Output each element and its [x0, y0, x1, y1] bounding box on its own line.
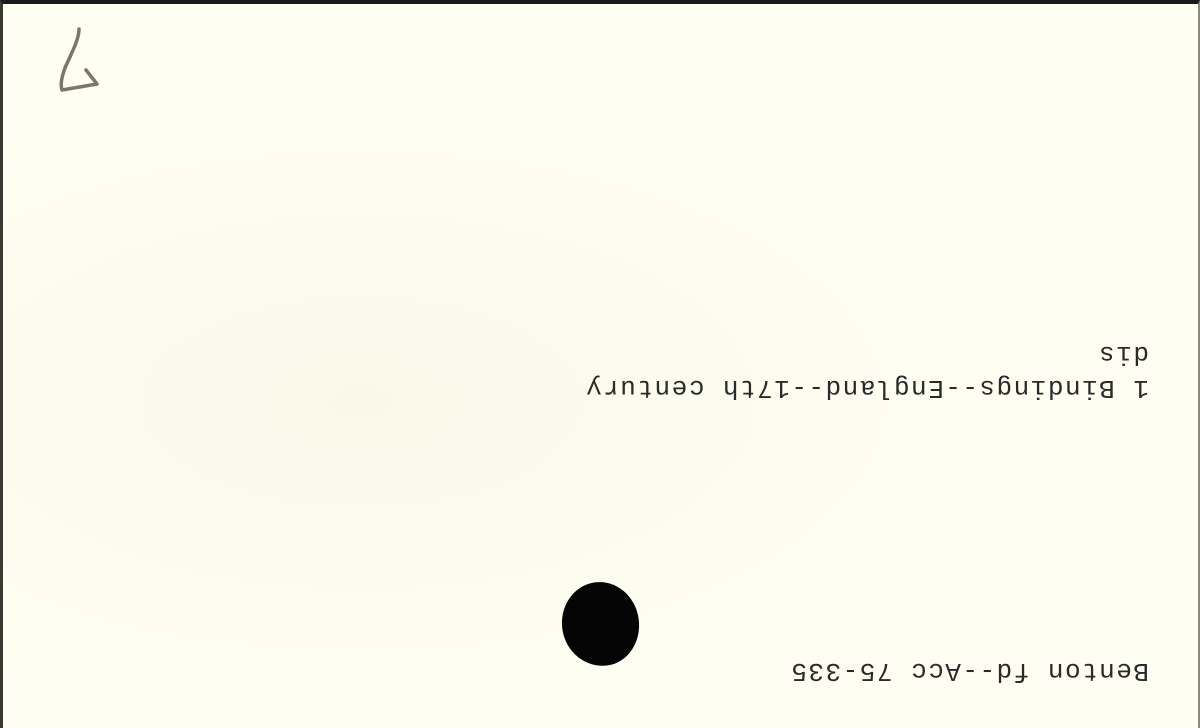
source-accession-line: Benton fd--Acc 75-335: [719, 653, 1149, 689]
punch-hole: [557, 577, 645, 671]
subject-heading: 1 Bindings--England--17th century: [483, 370, 1149, 406]
note-line: dis: [1083, 336, 1149, 372]
pencil-number-mark: [53, 24, 105, 96]
catalog-card: dis 1 Bindings--England--17th century Be…: [0, 0, 1200, 728]
